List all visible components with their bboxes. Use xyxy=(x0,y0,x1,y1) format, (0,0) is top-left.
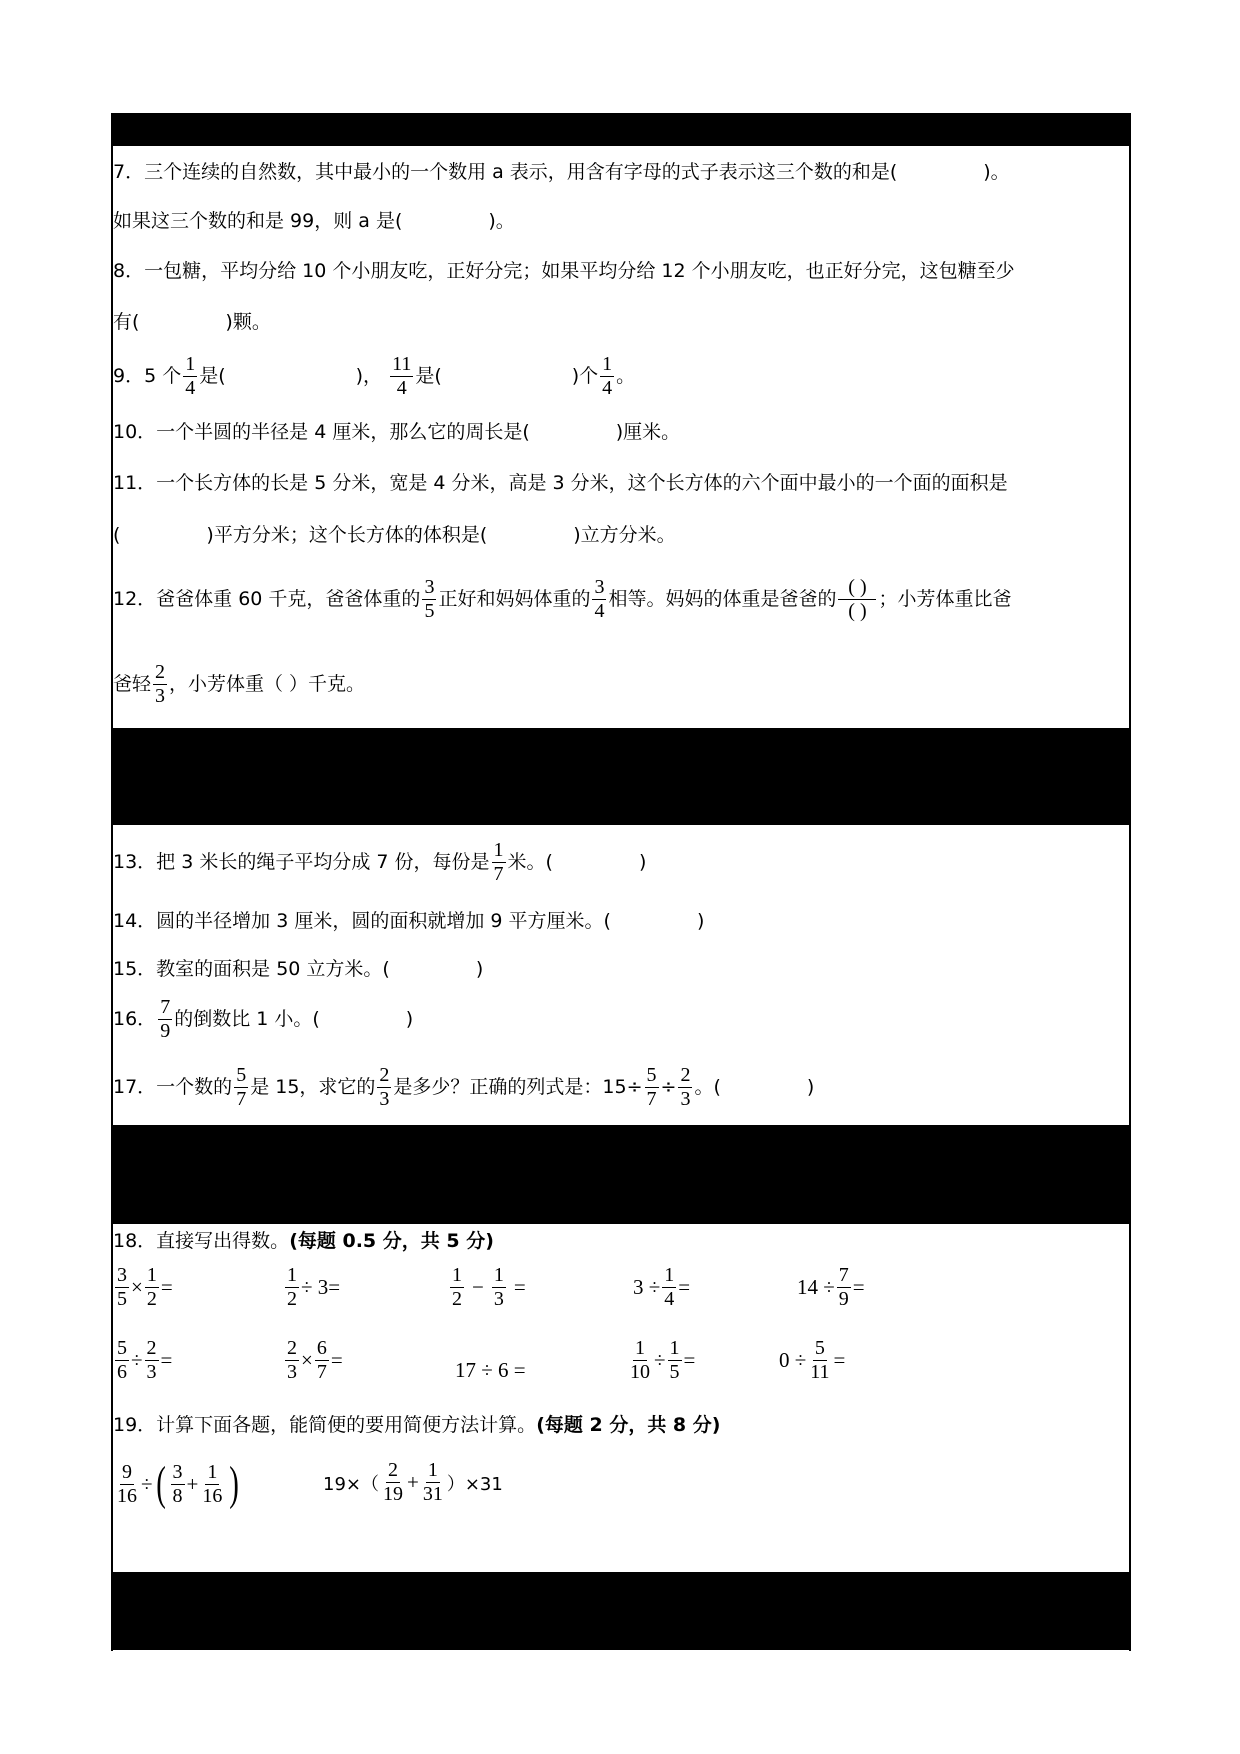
calc-item-9: 110 ÷ 15 = xyxy=(626,1338,695,1383)
fraction: 15 xyxy=(668,1338,682,1383)
fraction: 114 xyxy=(390,354,413,399)
question-7-text-end: )。 xyxy=(983,163,1009,182)
equals: = xyxy=(161,1348,173,1373)
fraction: 17 xyxy=(492,840,506,885)
numerator: 3 xyxy=(171,1462,185,1485)
numerator: 1 xyxy=(426,1460,440,1483)
denominator: 3 xyxy=(492,1288,506,1310)
operator: + xyxy=(407,1470,419,1495)
question-8-text: 8．一包糖，平均分给 10 个小朋友吃，正好分完；如果平均分给 12 个小朋友吃… xyxy=(113,262,1015,281)
fraction: 110 xyxy=(628,1338,652,1383)
question-12-line-2: 爸轻 23 ，小芳体重（ ）千克。 xyxy=(113,662,365,707)
operator: ÷ 3 xyxy=(301,1275,328,1300)
calc-item-3: 12 − 13 = xyxy=(448,1265,526,1310)
denominator: 6 xyxy=(115,1361,129,1383)
fraction: 116 xyxy=(200,1462,224,1507)
numerator: 1 xyxy=(600,354,614,377)
question-7-text-2-end: )。 xyxy=(488,212,514,231)
section-header-bar-calculation xyxy=(111,1125,1131,1224)
expression: 19×（ xyxy=(323,1470,379,1496)
fraction: 67 xyxy=(315,1338,329,1383)
numerator: 2 xyxy=(386,1460,400,1483)
denominator: 2 xyxy=(285,1288,299,1310)
equals: = xyxy=(161,1275,173,1300)
calc-item-10: 0 ÷ 511 = xyxy=(779,1338,845,1383)
question-18-title: 18．直接写出得数。 (每题 0.5 分，共 5 分) xyxy=(113,1232,494,1251)
equals: = xyxy=(328,1275,340,1300)
question-13-text: 米。( xyxy=(508,853,553,872)
equals: = xyxy=(834,1348,846,1373)
question-10-text-end: )厘米。 xyxy=(616,423,680,442)
numerator: 9 xyxy=(120,1462,134,1485)
expression: 3 ÷ xyxy=(633,1275,660,1300)
operator: × xyxy=(131,1275,143,1300)
question-7-line-2: 如果这三个数的和是 99，则 a 是( )。 xyxy=(113,212,515,231)
fraction: 79 xyxy=(837,1265,851,1310)
denominator: 19 xyxy=(381,1483,405,1505)
equals: = xyxy=(331,1348,343,1373)
close-paren: ) xyxy=(697,912,704,931)
question-16: 16． 79 的倒数比 1 小。( ) xyxy=(113,997,413,1042)
operator: ÷ xyxy=(131,1348,143,1373)
denominator: 4 xyxy=(662,1288,676,1310)
denominator: 2 xyxy=(450,1288,464,1310)
question-17-text: 是 15，求它的 xyxy=(250,1078,375,1097)
expression: 0 ÷ xyxy=(779,1348,806,1373)
question-18-text: 18．直接写出得数。 xyxy=(113,1232,289,1251)
numerator: 3 xyxy=(592,577,606,600)
denominator: 9 xyxy=(837,1288,851,1310)
close-paren: ) xyxy=(639,853,646,872)
fraction: 12 xyxy=(450,1265,464,1310)
question-11-text: 11．一个长方体的长是 5 分米，宽是 4 分米，高是 3 分米，这个长方体的六… xyxy=(113,474,1008,493)
question-17-text: 。( xyxy=(694,1078,720,1097)
fraction: 23 xyxy=(153,662,167,707)
fraction: 14 xyxy=(600,354,614,399)
denominator: 7 xyxy=(645,1088,659,1110)
question-9-text-end: 。 xyxy=(616,367,635,386)
question-13-text: 13．把 3 米长的绳子平均分成 7 份，每份是 xyxy=(113,853,490,872)
fraction: 57 xyxy=(234,1065,248,1110)
question-12-text: 12．爸爸体重 60 千克，爸爸体重的 xyxy=(113,590,420,609)
numerator: 3 xyxy=(115,1265,129,1288)
question-12-text: ；小芳体重比爸 xyxy=(878,590,1011,609)
calc-item-6: 56 ÷ 23 = xyxy=(113,1338,172,1383)
calc-item-2: 12 ÷ 3 = xyxy=(283,1265,340,1310)
denominator: 5 xyxy=(422,600,436,622)
fraction: 511 xyxy=(808,1338,831,1383)
denominator: 11 xyxy=(808,1361,831,1383)
left-paren: ( xyxy=(156,1460,166,1508)
fraction: 13 xyxy=(492,1265,506,1310)
question-7-text-2: 如果这三个数的和是 99，则 a 是( xyxy=(113,212,402,231)
score-note: (每题 0.5 分，共 5 分) xyxy=(289,1232,494,1251)
fraction: 35 xyxy=(115,1265,129,1310)
close-paren: ) xyxy=(406,1010,413,1029)
operator: − xyxy=(472,1275,484,1300)
numerator: 1 xyxy=(285,1265,299,1288)
denominator: 3 xyxy=(153,685,167,707)
question-14: 14．圆的半径增加 3 厘米，圆的面积就增加 9 平方厘米。( ) xyxy=(113,912,704,931)
simplify-item-1: 916 ÷ ( 38 + 116 ) xyxy=(113,1460,242,1508)
operator: ÷ xyxy=(141,1472,153,1497)
numerator: 1 xyxy=(205,1462,219,1485)
denominator: 5 xyxy=(668,1361,682,1383)
fraction: 38 xyxy=(171,1462,185,1507)
operator: × xyxy=(301,1348,313,1373)
question-15: 15．教室的面积是 50 立方米。( ) xyxy=(113,960,483,979)
question-14-text: 14．圆的半径增加 3 厘米，圆的面积就增加 9 平方厘米。( xyxy=(113,912,611,931)
numerator: 5 xyxy=(234,1065,248,1088)
question-12-text: 爸轻 xyxy=(113,675,151,694)
question-16-prefix: 16． xyxy=(113,1010,156,1029)
fraction-answer-blank[interactable]: ( )( ) xyxy=(838,577,876,622)
denominator: 10 xyxy=(628,1361,652,1383)
fraction: 219 xyxy=(381,1460,405,1505)
divide-sign: ÷ xyxy=(661,1078,677,1097)
fraction: 12 xyxy=(145,1265,159,1310)
question-15-text: 15．教室的面积是 50 立方米。( xyxy=(113,960,390,979)
numerator: 2 xyxy=(377,1065,391,1088)
question-12-line-1: 12．爸爸体重 60 千克，爸爸体重的 35 正好和妈妈体重的 34 相等。妈妈… xyxy=(113,577,1011,622)
operator: + xyxy=(187,1472,199,1497)
question-9-text: )个 xyxy=(572,367,598,386)
question-17-text: 17．一个数的 xyxy=(113,1078,232,1097)
denominator: 3 xyxy=(145,1361,159,1383)
equals: = xyxy=(853,1275,865,1300)
denominator: 3 xyxy=(377,1088,391,1110)
numerator: 7 xyxy=(158,997,172,1020)
question-9: 9．5 个 14 是( )， 114 是( )个 14 。 xyxy=(113,354,635,399)
fraction: 79 xyxy=(158,997,172,1042)
denominator: 5 xyxy=(115,1288,129,1310)
numerator: 2 xyxy=(678,1065,692,1088)
denominator: 4 xyxy=(592,600,606,622)
denominator: 4 xyxy=(600,377,614,399)
numerator: 2 xyxy=(145,1338,159,1361)
numerator: 6 xyxy=(315,1338,329,1361)
fraction: 23 xyxy=(285,1338,299,1383)
denominator: 3 xyxy=(285,1361,299,1383)
question-11-text: )立方分米。 xyxy=(573,526,675,545)
question-9-prefix: 9．5 个 xyxy=(113,367,181,386)
numerator: 3 xyxy=(422,577,436,600)
fraction: 23 xyxy=(377,1065,391,1110)
calc-item-1: 35 × 12 = xyxy=(113,1265,173,1310)
numerator: 1 xyxy=(633,1338,647,1361)
question-12-text: ，小芳体重（ ）千克。 xyxy=(169,675,365,694)
numerator: 5 xyxy=(115,1338,129,1361)
question-11-line-2: ( )平方分米；这个长方体的体积是( )立方分米。 xyxy=(113,526,676,545)
question-7-text: 7．三个连续的自然数，其中最小的一个数用 a 表示，用含有字母的式子表示这三个数… xyxy=(113,163,897,182)
denominator: 4 xyxy=(183,377,197,399)
right-paren: ) xyxy=(230,1460,240,1508)
question-13: 13．把 3 米长的绳子平均分成 7 份，每份是 17 米。( ) xyxy=(113,840,646,885)
question-8-line-1: 8．一包糖，平均分给 10 个小朋友吃，正好分完；如果平均分给 12 个小朋友吃… xyxy=(113,262,1015,281)
footer-mark: ... xyxy=(112,1648,117,1654)
fraction: 56 xyxy=(115,1338,129,1383)
numerator: 11 xyxy=(390,354,413,377)
question-9-text: 是( xyxy=(199,367,225,386)
numerator: 1 xyxy=(145,1265,159,1288)
calc-item-4: 3 ÷ 14 = xyxy=(633,1265,690,1310)
question-9-text: 是( xyxy=(415,367,441,386)
question-17-text: 是多少？正确的列式是：15÷ xyxy=(393,1078,642,1097)
section-header-bar-fill-in xyxy=(111,113,1131,146)
question-8-text-2-end: )颗。 xyxy=(225,313,270,332)
calc-item-8: 17 ÷ 6 = xyxy=(455,1358,526,1383)
fraction: 23 xyxy=(145,1338,159,1383)
denominator: 2 xyxy=(145,1288,159,1310)
question-17: 17．一个数的 57 是 15，求它的 23 是多少？正确的列式是：15÷ 57… xyxy=(113,1065,814,1110)
numerator-blank[interactable]: ( ) xyxy=(838,577,876,600)
question-11-text: )平方分米；这个长方体的体积是( xyxy=(206,526,487,545)
operator: ÷ xyxy=(654,1348,666,1373)
numerator: 7 xyxy=(837,1265,851,1288)
question-10: 10．一个半圆的半径是 4 厘米，那么它的周长是( )厘米。 xyxy=(113,423,680,442)
expression: 14 ÷ xyxy=(797,1275,835,1300)
question-11-line-1: 11．一个长方体的长是 5 分米，宽是 4 分米，高是 3 分米，这个长方体的六… xyxy=(113,474,1008,493)
question-10-text: 10．一个半圆的半径是 4 厘米，那么它的周长是( xyxy=(113,423,530,442)
expression: 17 ÷ 6 = xyxy=(455,1358,526,1383)
question-12-text: 正好和妈妈体重的 xyxy=(438,590,590,609)
close-paren: ) xyxy=(807,1078,814,1097)
fraction: 57 xyxy=(645,1065,659,1110)
expression: ）×31 xyxy=(447,1470,503,1496)
simplify-item-2: 19×（ 219 + 131 ）×31 xyxy=(323,1460,503,1505)
close-paren: ) xyxy=(476,960,483,979)
equals: = xyxy=(514,1275,526,1300)
question-12-text: 相等。妈妈的体重是爸爸的 xyxy=(608,590,836,609)
denominator: 16 xyxy=(115,1485,139,1507)
denominator: 7 xyxy=(234,1088,248,1110)
question-8-line-2: 有( )颗。 xyxy=(113,313,271,332)
numerator: 1 xyxy=(668,1338,682,1361)
denominator: 16 xyxy=(200,1485,224,1507)
equals: = xyxy=(678,1275,690,1300)
numerator: 1 xyxy=(492,840,506,863)
question-19-title: 19．计算下面各题，能简便的要用简便方法计算。 (每题 2 分，共 8 分) xyxy=(113,1416,720,1435)
calc-item-5: 14 ÷ 79 = xyxy=(797,1265,865,1310)
denominator: 3 xyxy=(678,1088,692,1110)
numerator: 1 xyxy=(662,1265,676,1288)
numerator: 2 xyxy=(285,1338,299,1361)
fraction: 14 xyxy=(183,354,197,399)
fraction: 14 xyxy=(662,1265,676,1310)
fraction: 12 xyxy=(285,1265,299,1310)
fraction: 131 xyxy=(421,1460,445,1505)
section-header-bar-judgement xyxy=(111,728,1131,825)
numerator: 1 xyxy=(492,1265,506,1288)
fraction: 35 xyxy=(422,577,436,622)
numerator: 5 xyxy=(645,1065,659,1088)
fraction: 34 xyxy=(592,577,606,622)
denominator: 8 xyxy=(171,1485,185,1507)
calc-item-7: 23 × 67 = xyxy=(283,1338,343,1383)
question-7-line-1: 7．三个连续的自然数，其中最小的一个数用 a 表示，用含有字母的式子表示这三个数… xyxy=(113,163,1010,182)
numerator: 1 xyxy=(450,1265,464,1288)
denominator: 7 xyxy=(492,863,506,885)
numerator: 2 xyxy=(153,662,167,685)
denominator: 4 xyxy=(395,377,409,399)
fraction: 23 xyxy=(678,1065,692,1110)
numerator: 1 xyxy=(183,354,197,377)
score-note: (每题 2 分，共 8 分) xyxy=(536,1416,720,1435)
denominator: 9 xyxy=(158,1020,172,1042)
question-8-text-2: 有( xyxy=(113,313,139,332)
denominator: 31 xyxy=(421,1483,445,1505)
section-header-bar-bottom xyxy=(111,1572,1131,1650)
question-11-text: ( xyxy=(113,526,120,545)
denominator: 7 xyxy=(315,1361,329,1383)
equals: = xyxy=(684,1348,696,1373)
question-16-text: 的倒数比 1 小。( xyxy=(174,1010,320,1029)
numerator: 5 xyxy=(813,1338,827,1361)
question-9-text: )， xyxy=(356,367,382,386)
fraction: 916 xyxy=(115,1462,139,1507)
denominator-blank[interactable]: ( ) xyxy=(838,600,876,622)
question-19-text: 19．计算下面各题，能简便的要用简便方法计算。 xyxy=(113,1416,536,1435)
